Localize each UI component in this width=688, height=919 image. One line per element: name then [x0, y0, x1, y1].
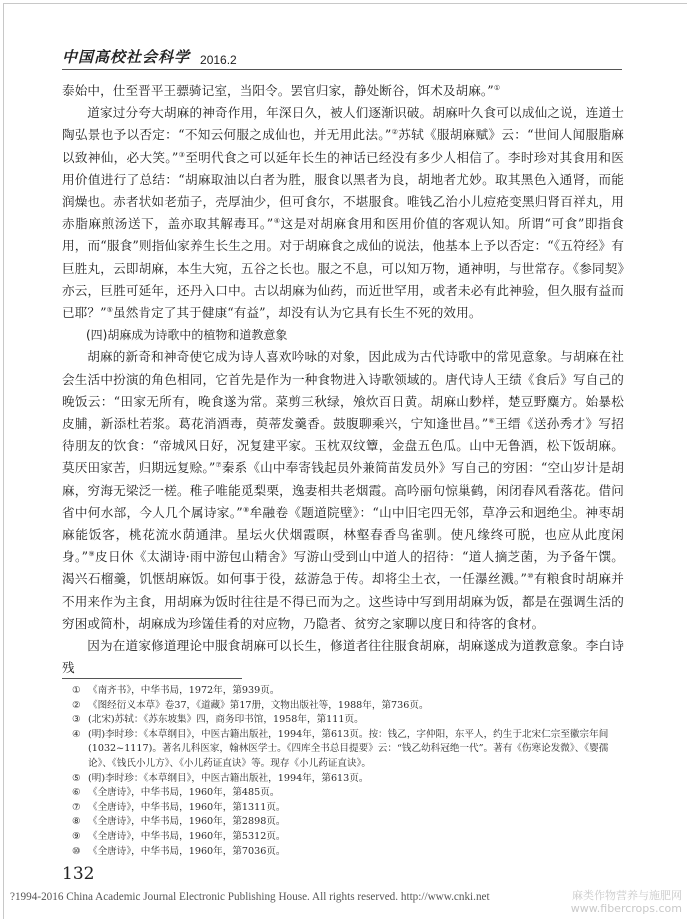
footnote-text: 《全唐诗》，中华书局，1960年，第1311页。: [88, 802, 286, 813]
body-paragraph: 因为在道家修道理论中服食胡麻可以长生，修道者往往服食胡麻，胡麻遂成为道教意象。李…: [62, 635, 624, 679]
issue-number: 2016.2: [200, 53, 237, 69]
footnote-text: 《全唐诗》，中华书局，1960年，第7036页。: [88, 846, 286, 857]
footnote-ref[interactable]: ⑧: [243, 506, 250, 514]
footnote-number: ⑥: [72, 786, 88, 801]
body-paragraph: 泰始中，仕至晋平王骠骑记室，当阳令。罢官归家，静处断谷，饵术及胡麻。”①: [62, 80, 624, 102]
section-subheading: (四)胡麻成为诗歌中的植物和道教意象: [62, 324, 624, 346]
footnote-number: ⑦: [72, 801, 88, 816]
footnote-ref[interactable]: ③: [178, 150, 185, 158]
footnote-number: ②: [72, 699, 88, 714]
footnote-ref[interactable]: ①: [494, 84, 500, 92]
body-paragraph: 胡麻的新奇和神奇使它成为诗人喜欢吟咏的对象，因此成为古代诗歌中的常见意象。与胡麻…: [62, 346, 624, 635]
footnote: ⑨《全唐诗》，中华书局，1960年，第5312页。: [72, 830, 624, 845]
watermark-url: www.fibercrops.com: [571, 902, 682, 915]
watermark-title: 麻类作物营养与施肥网: [571, 889, 682, 902]
footnote: ⑤(明)李时珍：《本草纲目》，中医古籍出版社，1994年，第613页。: [72, 772, 624, 787]
footnote-number: ①: [72, 684, 88, 699]
footnote-ref[interactable]: ②: [391, 128, 398, 136]
footnote-ref[interactable]: ⑥: [488, 417, 495, 425]
footnote-ref[interactable]: ⑦: [215, 461, 222, 469]
running-header: 中国高校社会科学 2016.2: [62, 47, 622, 70]
footnote-number: ③: [72, 713, 88, 728]
footnote-ref[interactable]: ④: [273, 217, 280, 225]
footnote-text: (明)李时珍：《本草纲目》，中医古籍出版社，1994年，第613页。: [88, 773, 368, 784]
footnote-text: 《全唐诗》，中华书局，1960年，第485页。: [88, 787, 279, 798]
body-paragraph: 道家过分夸大胡麻的神奇作用，年深日久，被人们逐渐识破。胡麻叶久食可以成仙之说，连…: [62, 102, 624, 324]
footnote-number: ⑧: [72, 815, 88, 830]
footnote: ③(北宋)苏轼：《苏东坡集》四，商务印书馆，1958年，第111页。: [72, 713, 624, 728]
footnote: ④(明)李时珍：《本草纲目》，中医古籍出版社，1994年，第613页。按：钱乙，…: [72, 728, 624, 772]
footnote-ref[interactable]: ⑨: [88, 550, 95, 558]
footnote-text: 《图经衍义本草》卷37，《道藏》第17册，文物出版社等，1988年，第736页。: [88, 700, 429, 711]
site-watermark: 麻类作物营养与施肥网 www.fibercrops.com: [571, 889, 682, 915]
footnote-number: ④: [72, 728, 88, 743]
footnote: ⑥《全唐诗》，中华书局，1960年，第485页。: [72, 786, 624, 801]
footnote-text: 《全唐诗》，中华书局，1960年，第2898页。: [88, 816, 286, 827]
footnote-number: ⑩: [72, 845, 88, 860]
footnote-number: ⑨: [72, 830, 88, 845]
footnote: ⑧《全唐诗》，中华书局，1960年，第2898页。: [72, 815, 624, 830]
footnote: ⑩《全唐诗》，中华书局，1960年，第7036页。: [72, 845, 624, 860]
footnote-text: 《南齐书》，中华书局，1972年，第939页。: [88, 685, 279, 696]
footnote-ref[interactable]: ⑤: [107, 306, 113, 314]
footnote: ⑦《全唐诗》，中华书局，1960年，第1311页。: [72, 801, 624, 816]
journal-name: 中国高校社会科学: [62, 46, 190, 69]
footnote-number: ⑤: [72, 772, 88, 787]
copyright-notice: ?1994-2016 China Academic Journal Electr…: [10, 891, 490, 903]
page-number: 132: [62, 864, 94, 884]
footnote-text: 《全唐诗》，中华书局，1960年，第5312页。: [88, 831, 286, 842]
footnote: ②《图经衍义本草》卷37，《道藏》第17册，文物出版社等，1988年，第736页…: [72, 699, 624, 714]
footnote: ①《南齐书》，中华书局，1972年，第939页。: [72, 684, 624, 699]
article-body: 泰始中，仕至晋平王骠骑记室，当阳令。罢官归家，静处断谷，饵术及胡麻。”①道家过分…: [62, 80, 624, 679]
footnote-text: (北宋)苏轼：《苏东坡集》四，商务印书馆，1958年，第111页。: [88, 714, 364, 725]
footnote-text: (明)李时珍：《本草纲目》，中医古籍出版社，1994年，第613页。按：钱乙，字…: [88, 729, 608, 769]
footnote-divider: [62, 678, 242, 679]
footnotes: ①《南齐书》，中华书局，1972年，第939页。②《图经衍义本草》卷37，《道藏…: [72, 684, 624, 859]
footnote-ref[interactable]: ⑩: [527, 572, 534, 580]
